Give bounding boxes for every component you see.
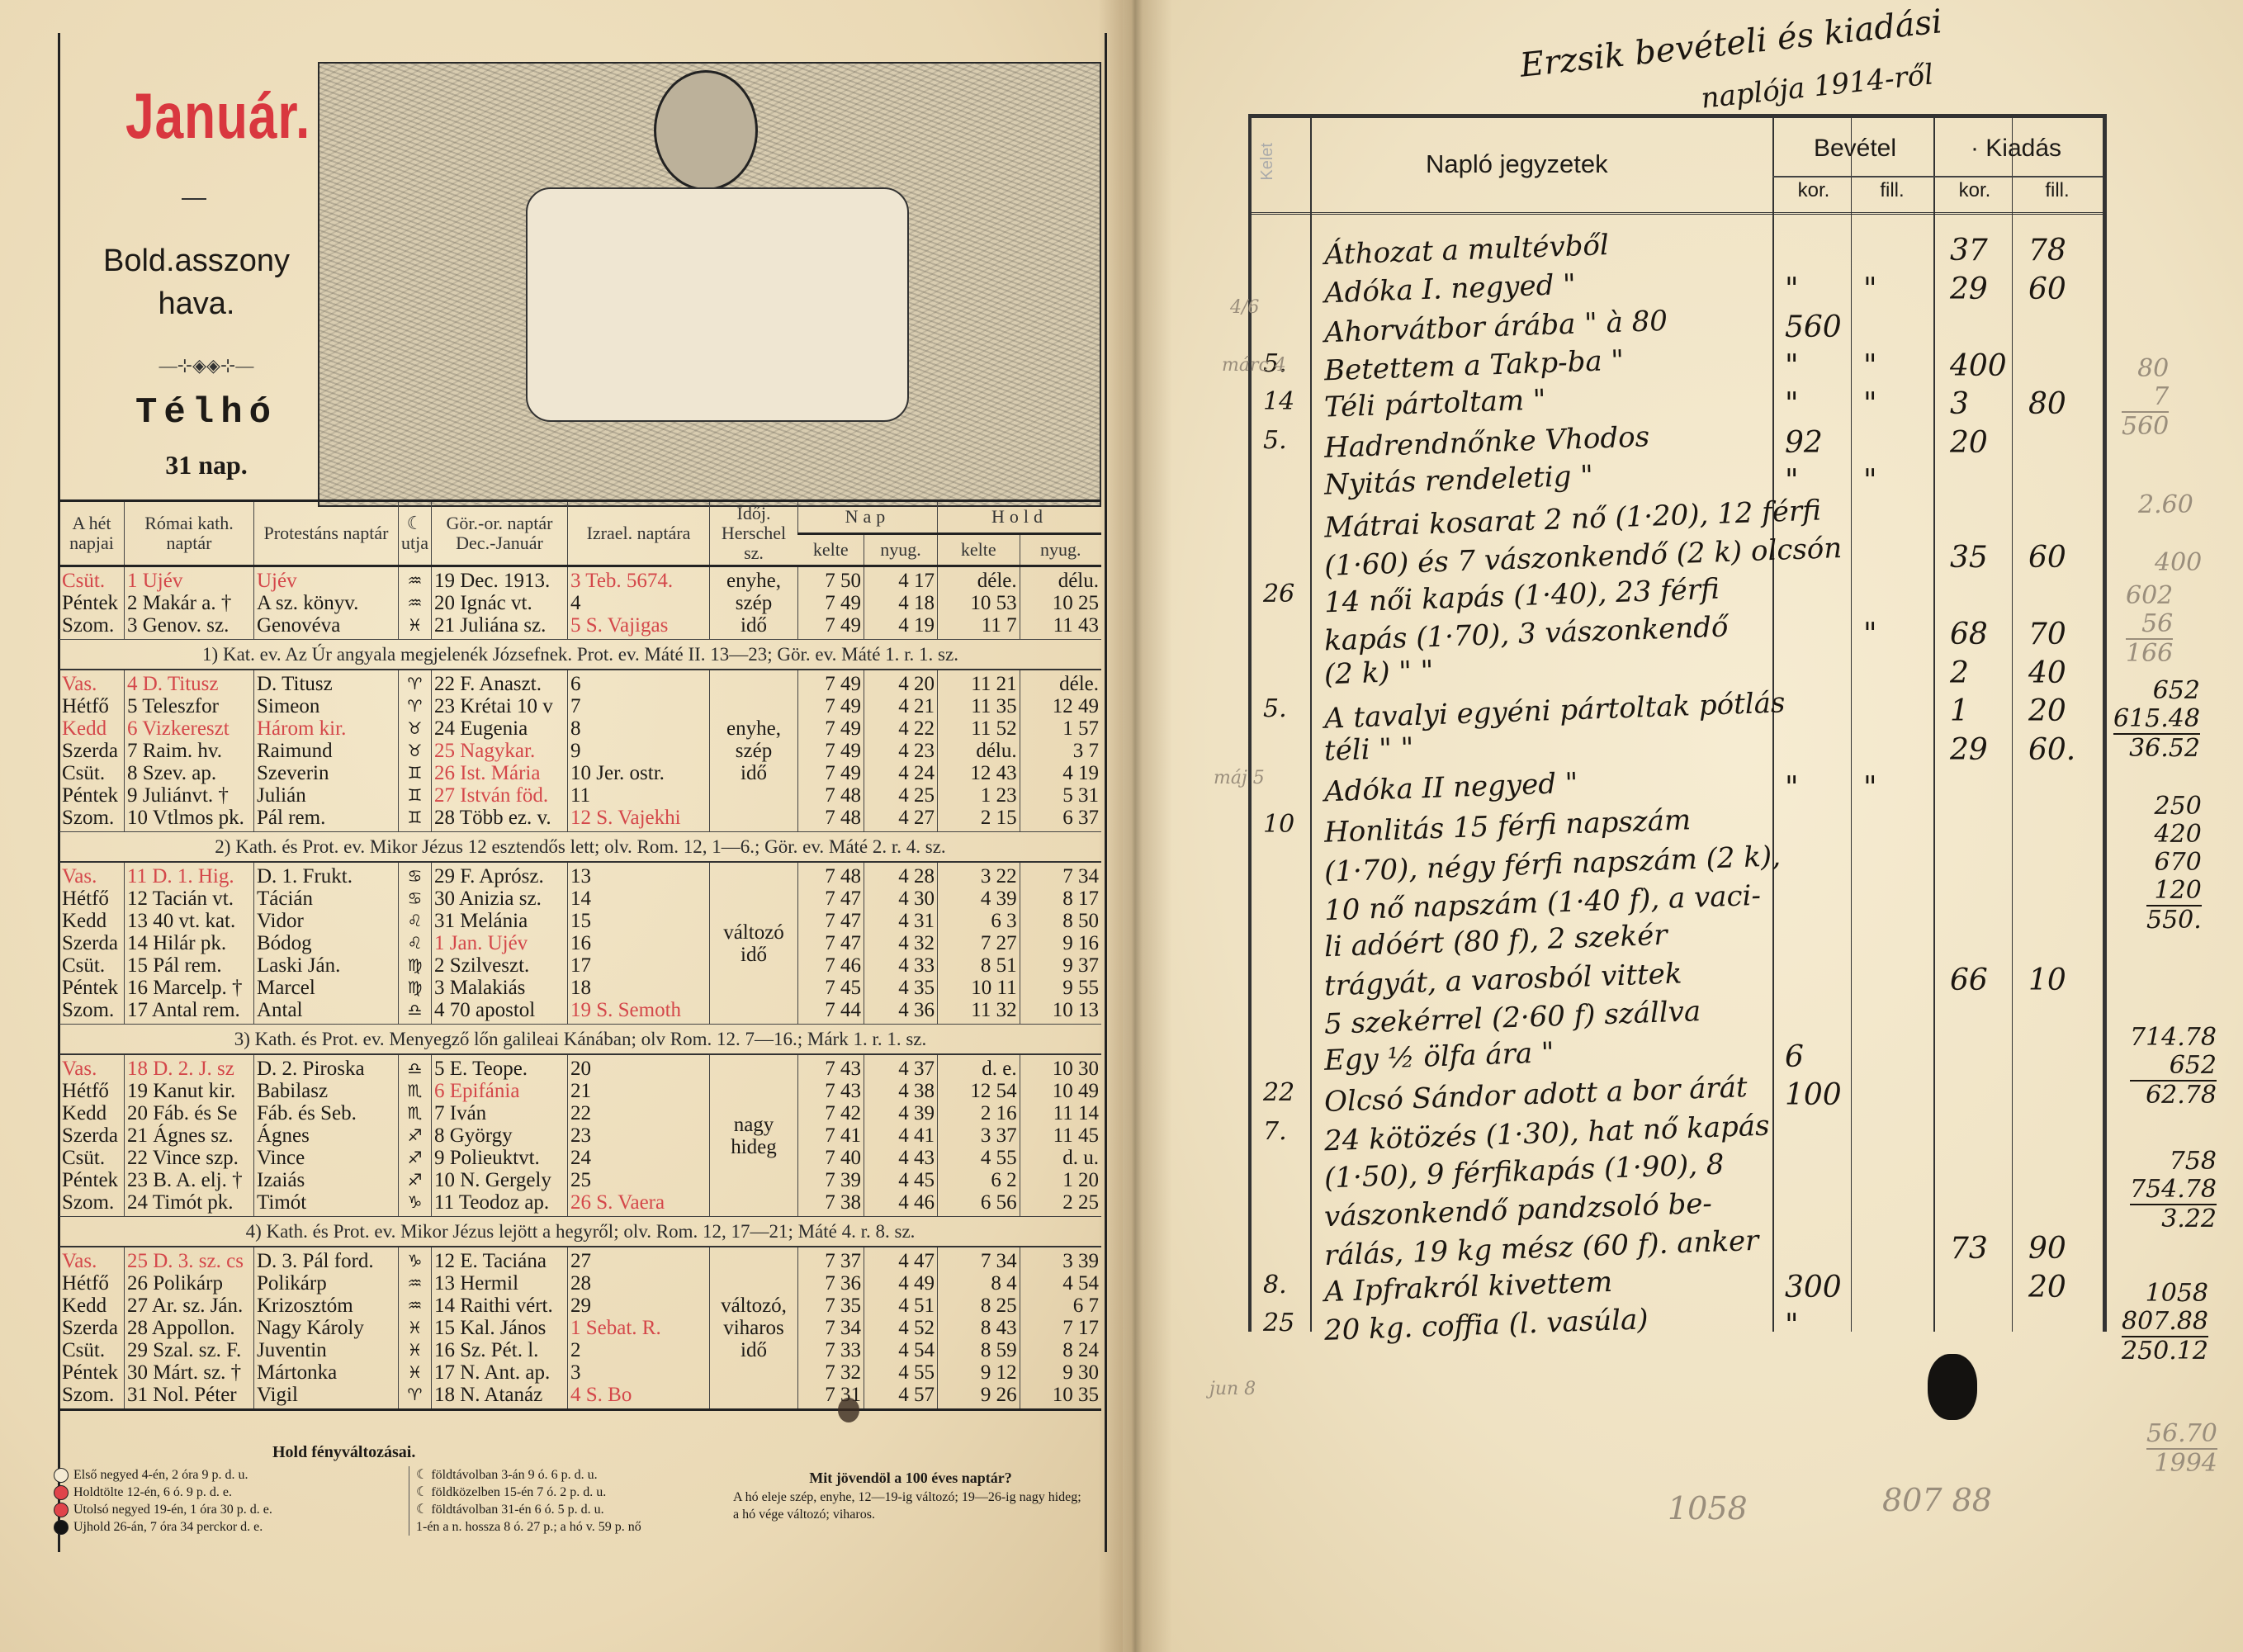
zodiac-sign-icon: ♊: [401, 762, 428, 784]
day-value: 7 44: [801, 999, 861, 1021]
day-value: 17 N. Ant. ap.: [434, 1361, 565, 1384]
protestant-cell: D. 2. PiroskaBabilaszFáb. és Seb.ÁgnesVi…: [254, 1054, 399, 1217]
weather-text: viharos: [712, 1317, 795, 1339]
day-value: Timót: [257, 1191, 395, 1214]
zodiac-sign-icon: ♍: [401, 954, 428, 977]
divider: [182, 198, 206, 200]
day-value: 7 48: [801, 865, 861, 888]
day-value: Péntek: [62, 592, 121, 614]
day-value: 28 Több ez. v.: [434, 807, 565, 829]
day-value: 4 19: [1023, 762, 1099, 784]
day-value: 29 F. Aprósz.: [434, 865, 565, 888]
calc-line: 560: [2122, 411, 2169, 441]
zodiac-sign-icon: ♉: [401, 740, 428, 762]
day-value: déle.: [940, 570, 1017, 592]
expense-fill: 78: [2028, 234, 2066, 267]
margin-date-note: jun 8: [1209, 1379, 1256, 1399]
day-value: 9 30: [1023, 1361, 1099, 1384]
greek-orthodox-cell: 19 Dec. 1913.20 Ignác vt.21 Juliána sz.: [432, 566, 568, 640]
header-income-fill: fill.: [1855, 179, 1929, 202]
calendar-week-row: Vas.HétfőKeddSzerdaCsüt.PéntekSzom.4 D. …: [59, 670, 1101, 832]
sunrise-cell: 7 507 497 49: [798, 566, 864, 640]
day-value: Juventin: [257, 1339, 395, 1361]
day-value: 4 55: [867, 1361, 935, 1384]
entry-text: Adóka II negyed ": [1323, 767, 1578, 809]
day-value: Hétfő: [62, 1272, 121, 1295]
day-value: 8 4: [940, 1272, 1017, 1295]
calc-line: 120: [2146, 877, 2202, 905]
day-value: Simeon: [257, 695, 395, 717]
full-moon-icon: [54, 1485, 69, 1500]
header-income-kor: kor.: [1777, 179, 1851, 202]
moon-apsis-item: ☾ földközelben 15-én 7 ó. 2 p. d. u.: [416, 1484, 641, 1501]
day-value: 1 Jan. Ujév: [434, 932, 565, 954]
day-value: Kedd: [62, 717, 121, 740]
header-moon-path: ☾utja: [399, 501, 432, 566]
day-value: 8 Szev. ap.: [127, 762, 251, 784]
day-value: 7 38: [801, 1191, 861, 1214]
zodiac-sign-icon: ♊: [401, 784, 428, 807]
day-value: Csüt.: [62, 570, 121, 592]
header-sun-set: nyug.: [864, 533, 937, 566]
entry-date: 5.: [1263, 426, 1287, 455]
day-value: 4 D. Titusz: [127, 673, 251, 695]
day-value: 21 Juliána sz.: [434, 614, 565, 637]
day-value: 4 47: [867, 1250, 935, 1272]
income-fill: ": [1863, 349, 1877, 383]
day-value: Bódog: [257, 932, 395, 954]
entry-date: 7.: [1263, 1117, 1287, 1146]
day-value: 6 7: [1023, 1295, 1099, 1317]
zodiac-sign-icon: ♒: [401, 570, 428, 592]
expense-kor: 1: [1950, 694, 1969, 728]
day-value: 28 Appollon.: [127, 1317, 251, 1339]
moonrise-cell: 3 224 396 37 278 5110 1111 32: [937, 862, 1020, 1025]
month-subtitle: Bold.asszony hava.: [73, 239, 320, 325]
calc-line: 602: [2126, 582, 2173, 610]
income-kor: ": [1785, 387, 1799, 421]
roman-catholic-cell: 1 Ujév2 Makár a. †3 Genov. sz.: [125, 566, 254, 640]
jewish-cell: 20212223242526 S. Vaera: [568, 1054, 710, 1217]
day-value: 8 17: [1023, 888, 1099, 910]
gospel-note-row: 2) Kath. és Prot. ev. Mikor Jézus 12 esz…: [59, 832, 1101, 863]
day-value: délu.: [940, 740, 1017, 762]
day-value: 7 47: [801, 932, 861, 954]
day-value: 7: [570, 695, 707, 717]
day-value: 9 26: [940, 1384, 1017, 1406]
day-value: 8 25: [940, 1295, 1017, 1317]
new-moon-icon: [54, 1520, 69, 1535]
day-value: 4 S. Bo: [570, 1384, 707, 1406]
moonrise-cell: 11 2111 3511 52délu.12 431 232 15: [937, 670, 1020, 832]
header-expense-fill: fill.: [2020, 179, 2094, 202]
calendar-week-row: Csüt.PéntekSzom.1 Ujév2 Makár a. †3 Geno…: [59, 566, 1101, 640]
ornament-icon: —⊹◈◈⊹—: [132, 355, 281, 376]
entry-text: A tavalyi egyéni pártoltak pótlás: [1323, 686, 1786, 735]
calc-line: 807.88: [2122, 1308, 2208, 1336]
zodiac-cell: ♎♏♏♐♐♐♑: [399, 1054, 432, 1217]
day-value: 7 45: [801, 977, 861, 999]
calc-line: 80: [2122, 355, 2169, 383]
weather-forecast-cell: enyhe,szépidő: [710, 670, 798, 832]
day-value: 4 70 apostol: [434, 999, 565, 1021]
zodiac-sign-icon: ♒: [401, 1272, 428, 1295]
day-value: 7 43: [801, 1058, 861, 1080]
moon-apsis-item: 1-én a n. hossza 8 ó. 27 p.; a hó v. 59 …: [416, 1518, 641, 1536]
day-value: 7 49: [801, 614, 861, 637]
day-value: 13: [570, 865, 707, 888]
day-value: 4 39: [867, 1102, 935, 1124]
forecast-title: Mit jövendöl a 100 éves naptár?: [733, 1470, 1088, 1487]
day-value: 3 22: [940, 865, 1017, 888]
day-value: 4 39: [940, 888, 1017, 910]
day-value: Vas.: [62, 1058, 121, 1080]
zodiac-sign-icon: ♐: [401, 1124, 428, 1147]
ledger-col-divider: [1933, 118, 1935, 1332]
day-value: 5 31: [1023, 784, 1099, 807]
day-value: Péntek: [62, 1361, 121, 1384]
entry-text: Egy ½ ölfa ára ": [1323, 1036, 1554, 1077]
forecast-text: A hó eleje szép, enyhe, 12—19-ig változó…: [733, 1489, 1088, 1523]
protestant-cell: UjévA sz. könyv.Genovéva: [254, 566, 399, 640]
gospel-note: 3) Kath. és Prot. ev. Menyegző lőn galil…: [59, 1025, 1101, 1055]
ledger-border-right: [2103, 118, 2107, 1332]
day-value: 1 Ujév: [127, 570, 251, 592]
moon-phase-item: Ujhold 26-án, 7 óra 34 perckor d. e.: [54, 1518, 272, 1536]
weather-text: enyhe,: [712, 570, 795, 592]
day-value: 7 49: [801, 592, 861, 614]
day-value: 9 12: [940, 1361, 1017, 1384]
day-value: 16 Sz. Pét. l.: [434, 1339, 565, 1361]
zodiac-sign-icon: ♑: [401, 1191, 428, 1214]
header-greek-orthodox: Gör.-or. naptár Dec.-Január: [432, 501, 568, 566]
day-value: 12 E. Taciána: [434, 1250, 565, 1272]
day-value: 13 40 vt. kat.: [127, 910, 251, 932]
days-count: 31 nap.: [91, 450, 322, 480]
weekday-cell: Csüt.PéntekSzom.: [59, 566, 125, 640]
sleigh-scene: [526, 187, 909, 422]
day-value: 29 Szal. sz. F.: [127, 1339, 251, 1361]
day-value: 3 Genov. sz.: [127, 614, 251, 637]
day-value: 20: [570, 1058, 707, 1080]
moon-phase-item: Holdtölte 12-én, 6 ó. 9 p. d. e.: [54, 1484, 272, 1501]
zodiac-cell: ♒♒♓: [399, 566, 432, 640]
calc-line: 400: [2155, 549, 2202, 577]
calendar-week-row: Vas.HétfőKeddSzerdaCsüt.PéntekSzom.25 D.…: [59, 1247, 1101, 1410]
day-value: 22 Vince szp.: [127, 1147, 251, 1169]
day-value: D. 3. Pál ford.: [257, 1250, 395, 1272]
zodiac-sign-icon: ♐: [401, 1147, 428, 1169]
moonset-cell: délu.10 2511 43: [1020, 566, 1101, 640]
weather-forecast-cell: enyhe,szépidő: [710, 566, 798, 640]
zodiac-sign-icon: ♈: [401, 1384, 428, 1406]
header-expense: · Kiadás: [1938, 135, 2094, 163]
day-value: 7 35: [801, 1295, 861, 1317]
calc-line: 652: [2113, 677, 2200, 705]
calc-line: 3.22: [2130, 1204, 2217, 1233]
calc-line: 652: [2130, 1052, 2217, 1080]
day-value: 7 47: [801, 910, 861, 932]
margin-date-note: 4/6: [1230, 297, 1259, 318]
zodiac-sign-icon: ♓: [401, 614, 428, 637]
entry-text: A Ipfrakról kivettem: [1323, 1265, 1612, 1308]
zodiac-sign-icon: ♓: [401, 1317, 428, 1339]
day-value: 4 38: [867, 1080, 935, 1102]
expense-kor: 400: [1950, 349, 2007, 383]
day-value: Szom.: [62, 1384, 121, 1406]
day-value: 27 Ar. sz. Ján.: [127, 1295, 251, 1317]
calendar-week-row: Vas.HétfőKeddSzerdaCsüt.PéntekSzom.18 D.…: [59, 1054, 1101, 1217]
weather-text: idő: [712, 944, 795, 966]
day-value: 11 43: [1023, 614, 1099, 637]
expense-kor: 29: [1950, 272, 1988, 306]
sunset-cell: 4 374 384 394 414 434 454 46: [864, 1054, 937, 1217]
day-value: 10 30: [1023, 1058, 1099, 1080]
protestant-cell: D. 3. Pál ford.PolikárpKrizosztómNagy Ká…: [254, 1247, 399, 1410]
margin-calculation: 56.701994: [2146, 1420, 2217, 1478]
day-value: 4 46: [867, 1191, 935, 1214]
zodiac-sign-icon: ♒: [401, 1295, 428, 1317]
calendar-week-row: Vas.HétfőKeddSzerdaCsüt.PéntekSzom.11 D.…: [59, 862, 1101, 1025]
day-value: 17: [570, 954, 707, 977]
day-value: Vince: [257, 1147, 395, 1169]
weather-text: idő: [712, 614, 795, 637]
gospel-note-row: 4) Kath. és Prot. ev. Mikor Jézus lejött…: [59, 1217, 1101, 1247]
moon-apsis-item: ☾ földtávolban 31-én 6 ó. 5 p. d. u.: [416, 1501, 641, 1518]
day-value: 25 D. 3. sz. cs: [127, 1250, 251, 1272]
day-value: Antal: [257, 999, 395, 1021]
header-sun-rise: kelte: [798, 533, 864, 566]
margin-calculation: 758754.783.22: [2130, 1148, 2217, 1233]
day-value: d. e.: [940, 1058, 1017, 1080]
day-value: 22 F. Anaszt.: [434, 673, 565, 695]
moon-phases-list: Első negyed 4-én, 2 óra 9 p. d. u.Holdtö…: [54, 1466, 272, 1536]
moon-apsis-item: ☾ földtávolban 3-án 9 ó. 6 p. d. u.: [416, 1466, 641, 1484]
day-value: 6 37: [1023, 807, 1099, 829]
day-value: 7 37: [801, 1250, 861, 1272]
day-value: Csüt.: [62, 1339, 121, 1361]
income-kor: ": [1785, 464, 1799, 498]
day-value: 7 46: [801, 954, 861, 977]
weather-text: változó,: [712, 1295, 795, 1317]
day-value: 20 Fáb. és Se: [127, 1102, 251, 1124]
calc-line: 2.60: [2138, 491, 2193, 519]
day-value: 4 20: [867, 673, 935, 695]
ink-stain: [838, 1398, 859, 1422]
day-value: 4 33: [867, 954, 935, 977]
header-moon: Hold: [937, 501, 1101, 534]
day-value: 2 Makár a. †: [127, 592, 251, 614]
moon-phase-item: Első negyed 4-én, 2 óra 9 p. d. u.: [54, 1466, 272, 1484]
day-value: 10 N. Gergely: [434, 1169, 565, 1191]
day-value: Szerda: [62, 932, 121, 954]
day-value: 9 37: [1023, 954, 1099, 977]
zodiac-sign-icon: ♐: [401, 1169, 428, 1191]
day-value: 26 Polikárp: [127, 1272, 251, 1295]
header-sun: Nap: [798, 501, 938, 534]
margin-calculation: 714.7865262.78: [2130, 1024, 2217, 1110]
day-value: déle.: [1023, 673, 1099, 695]
expense-kor: 66: [1950, 963, 1988, 997]
entry-date: 8.: [1263, 1271, 1287, 1299]
day-value: 11 35: [940, 695, 1017, 717]
day-value: 12 49: [1023, 695, 1099, 717]
day-value: Fáb. és Seb.: [257, 1102, 395, 1124]
margin-calculation: 807560: [2122, 355, 2169, 441]
calc-line: 250.12: [2122, 1336, 2208, 1366]
day-value: 7 36: [801, 1272, 861, 1295]
day-value: 12 Tacián vt.: [127, 888, 251, 910]
winter-face-icon: [654, 70, 758, 191]
expense-fill: 60: [2028, 541, 2066, 575]
pencil-total-expense: 807 88: [1882, 1482, 1992, 1518]
day-value: Szom.: [62, 1191, 121, 1214]
day-value: 7 48: [801, 807, 861, 829]
jewish-cell: 2728291 Sebat. R.234 S. Bo: [568, 1247, 710, 1410]
day-value: 21: [570, 1080, 707, 1102]
day-value: Ujév: [257, 570, 395, 592]
day-value: 7 50: [801, 570, 861, 592]
day-value: Raimund: [257, 740, 395, 762]
income-kor: ": [1785, 771, 1799, 805]
expense-kor: 29: [1950, 733, 1988, 767]
day-value: 9 Juliánvt. †: [127, 784, 251, 807]
zodiac-sign-icon: ♌: [401, 910, 428, 932]
zodiac-sign-icon: ♊: [401, 807, 428, 829]
day-value: 16: [570, 932, 707, 954]
zodiac-sign-icon: ♉: [401, 717, 428, 740]
expense-kor: 37: [1950, 234, 1988, 267]
day-value: 3 Teb. 5674.: [570, 570, 707, 592]
day-value: 4 49: [867, 1272, 935, 1295]
day-value: Kedd: [62, 1295, 121, 1317]
day-value: 4 54: [1023, 1272, 1099, 1295]
entry-text: vászonkendő pandzsoló be-: [1323, 1186, 1712, 1233]
day-value: Izaiás: [257, 1169, 395, 1191]
income-kor: 92: [1785, 426, 1823, 460]
income-fill: ": [1863, 387, 1877, 421]
gospel-note: 2) Kath. és Prot. ev. Mikor Jézus 12 esz…: [59, 832, 1101, 863]
header-weekday: A hét napjai: [59, 501, 125, 566]
day-value: 4 24: [867, 762, 935, 784]
day-value: Babilasz: [257, 1080, 395, 1102]
calc-line: 758: [2130, 1148, 2217, 1176]
expense-fill: 80: [2028, 387, 2066, 421]
entry-text: Ahorvátbor árába " à 80: [1323, 305, 1668, 349]
day-value: 28: [570, 1272, 707, 1295]
weather-text: szép: [712, 740, 795, 762]
day-value: 7 34: [801, 1317, 861, 1339]
day-value: 7 32: [801, 1361, 861, 1384]
day-value: 9 Polieuktvt.: [434, 1147, 565, 1169]
margin-calculation: 652615.4836.52: [2113, 677, 2200, 763]
header-moon-rise: kelte: [937, 533, 1020, 566]
entry-date: 22: [1263, 1078, 1294, 1107]
expense-fill: 60: [2028, 272, 2066, 306]
zodiac-sign-icon: ♈: [401, 695, 428, 717]
header-moon-set: nyug.: [1020, 533, 1101, 566]
margin-calculation: 2.60: [2138, 491, 2193, 519]
day-value: 14 Hilár pk.: [127, 932, 251, 954]
day-value: 9 55: [1023, 977, 1099, 999]
day-value: Julián: [257, 784, 395, 807]
day-value: 4 23: [867, 740, 935, 762]
day-value: Három kir.: [257, 717, 395, 740]
day-value: 10 Jer. ostr.: [570, 762, 707, 784]
entry-text: Áthozat a multévből: [1323, 229, 1609, 272]
income-kor: 100: [1785, 1078, 1842, 1112]
day-value: 6 2: [940, 1169, 1017, 1191]
weather-text: hideg: [712, 1136, 795, 1158]
day-value: 2 15: [940, 807, 1017, 829]
ledger-col-divider: [1310, 118, 1312, 1332]
ledger-col-divider: [2012, 118, 2013, 1332]
day-value: 2 25: [1023, 1191, 1099, 1214]
entry-text: kapás (1·70), 3 vászonkendő: [1323, 610, 1729, 657]
calc-line: 250: [2146, 793, 2202, 821]
greek-orthodox-cell: 29 F. Aprósz.30 Anizia sz.31 Melánia1 Ja…: [432, 862, 568, 1025]
day-value: Laski Ján.: [257, 954, 395, 977]
expense-fill: 10: [2028, 963, 2066, 997]
day-value: 11 7: [940, 614, 1017, 637]
income-kor: 6: [1785, 1040, 1804, 1074]
day-value: Csüt.: [62, 1147, 121, 1169]
crescent-moon-icon: ☾: [407, 513, 424, 533]
day-value: 10 35: [1023, 1384, 1099, 1406]
day-value: 23 Krétai 10 v: [434, 695, 565, 717]
day-value: 18 N. Atanáz: [434, 1384, 565, 1406]
subtitle-line-2: hava.: [73, 282, 320, 325]
day-value: 7 34: [1023, 865, 1099, 888]
day-value: 31 Melánia: [434, 910, 565, 932]
moon-path-label: utja: [401, 533, 428, 553]
moonset-cell: 3 394 546 77 178 249 3010 35: [1020, 1247, 1101, 1410]
weather-text: szép: [712, 592, 795, 614]
day-value: 4 17: [867, 570, 935, 592]
day-value: Csüt.: [62, 954, 121, 977]
day-value: D. 1. Frukt.: [257, 865, 395, 888]
day-value: 10 Vtlmos pk.: [127, 807, 251, 829]
day-value: 7 40: [801, 1147, 861, 1169]
day-value: 8: [570, 717, 707, 740]
day-value: 4 45: [867, 1169, 935, 1191]
day-value: 19 Dec. 1913.: [434, 570, 565, 592]
day-value: d. u.: [1023, 1147, 1099, 1169]
day-value: 26 S. Vaera: [570, 1191, 707, 1214]
entry-date: 14: [1263, 387, 1294, 416]
first-quarter-icon: [54, 1468, 69, 1483]
zodiac-sign-icon: ♓: [401, 1361, 428, 1384]
expense-kor: 73: [1950, 1232, 1988, 1266]
table-end-row: [59, 1410, 1101, 1413]
zodiac-sign-icon: ♋: [401, 865, 428, 888]
day-value: 20 Ignác vt.: [434, 592, 565, 614]
day-value: Tácián: [257, 888, 395, 910]
winter-woodcut-illustration: [318, 62, 1101, 507]
day-value: A sz. könyv.: [257, 592, 395, 614]
calc-line: 36.52: [2113, 733, 2200, 763]
day-value: 7 42: [801, 1102, 861, 1124]
calc-line: 615.48: [2113, 705, 2200, 733]
day-value: 9: [570, 740, 707, 762]
day-value: Vidor: [257, 910, 395, 932]
day-value: 4 35: [867, 977, 935, 999]
expense-fill: 20: [2028, 1271, 2066, 1304]
moon-phase-text: Holdtölte 12-én, 6 ó. 9 p. d. e.: [73, 1485, 232, 1499]
day-value: 2 Szilveszt.: [434, 954, 565, 977]
moonrise-cell: 7 348 48 258 438 599 129 26: [937, 1247, 1020, 1410]
entry-text: Honlitás 15 férfi napszám: [1323, 803, 1691, 849]
